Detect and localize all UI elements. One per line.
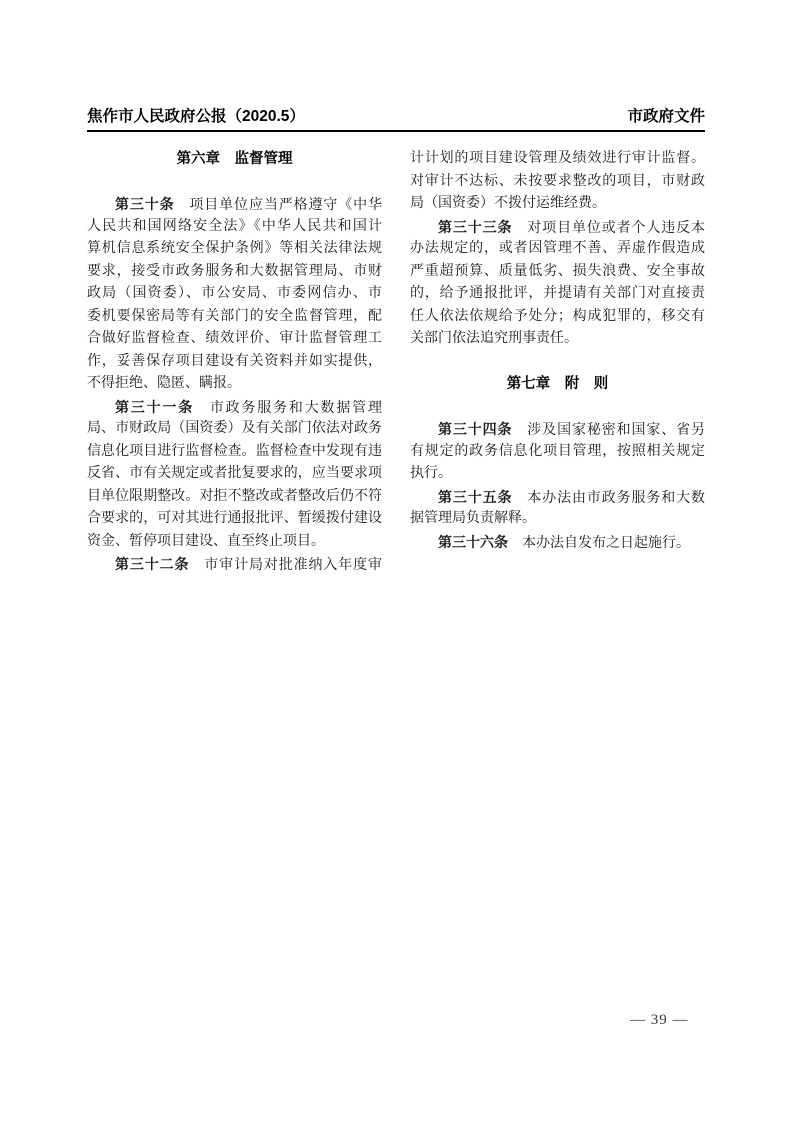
text-line: 要求，接受市政务服务和大数据管理局、市财 <box>87 261 382 284</box>
text-line: 政局（国资委）、市公安局、市委网信办、市 <box>87 283 382 306</box>
paragraph: 第三十二条 市审计局对批准纳入年度审 <box>87 553 382 576</box>
chapter-heading: 第六章 监督管理 <box>87 148 382 171</box>
text-line: 的，给予通报批评，并提请有关部门对直接责 <box>410 283 705 306</box>
text-line: 第三十六条 本办法自发布之日起施行。 <box>410 531 705 554</box>
text-line: 反省、市有关规定或者批复要求的，应当要求项 <box>87 463 382 486</box>
paragraph: 第三十一条 市政务服务和大数据管理局、市财政局（国资委）及有关部门依法对政务信息… <box>87 396 382 554</box>
text-line: 资金、暂停项目建设、直至终止项目。 <box>87 531 382 554</box>
chapter-heading: 第七章 附 则 <box>410 373 705 396</box>
gazette-page: 焦作市人民政府公报（2020.5） 市政府文件 第六章 监督管理第三十条 项目单… <box>0 0 793 1122</box>
article-number: 第三十一条 <box>115 399 194 415</box>
article-number: 第三十条 <box>115 196 175 212</box>
text-line: 任人依法依规给予处分；构成犯罪的，移交有 <box>410 306 705 329</box>
text-line: 第三十三条 对项目单位或者个人违反本 <box>410 216 705 239</box>
text-line: 第三十四条 涉及国家秘密和国家、省另 <box>410 418 705 441</box>
header-rule <box>87 130 705 132</box>
text-line: 不得拒绝、隐匿、瞒报。 <box>87 373 382 396</box>
paragraph: 第三十五条 本办法由市政务服务和大数据管理局负责解释。 <box>410 486 705 531</box>
column-left: 第六章 监督管理第三十条 项目单位应当严格遵守《中华人民共和国网络安全法》《中华… <box>87 148 382 576</box>
text-line: 严重超预算、质量低劣、损失浪费、安全事故 <box>410 261 705 284</box>
text-line: 执行。 <box>410 463 705 486</box>
text-line: 人民共和国网络安全法》《中华人民共和国计 <box>87 216 382 239</box>
text-line: 据管理局负责解释。 <box>410 508 705 531</box>
text-line: 局（国资委）不拨付运维经费。 <box>410 193 705 216</box>
page-number: — 39 — <box>630 1010 689 1030</box>
text-line: 委机要保密局等有关部门的安全监督管理，配 <box>87 306 382 329</box>
column-right: 计计划的项目建设管理及绩效进行审计监督。对审计不达标、未按要求整改的项目，市财政… <box>410 148 705 553</box>
paragraph: 第三十条 项目单位应当严格遵守《中华人民共和国网络安全法》《中华人民共和国计算机… <box>87 193 382 396</box>
text-line: 合要求的，可对其进行通报批评、暂缓拨付建设 <box>87 508 382 531</box>
article-number: 第三十五条 <box>438 489 512 505</box>
text-line: 合做好监督检查、绩效评价、审计监督管理工 <box>87 328 382 351</box>
paragraph: 第三十三条 对项目单位或者个人违反本办法规定的，或者因管理不善、弄虚作假造成严重… <box>410 216 705 351</box>
text-line: 第三十二条 市审计局对批准纳入年度审 <box>87 553 382 576</box>
text-line: 对审计不达标、未按要求整改的项目，市财政 <box>410 171 705 194</box>
running-head: 焦作市人民政府公报（2020.5） 市政府文件 <box>87 107 705 127</box>
text-line: 信息化项目进行监督检查。监督检查中发现有违 <box>87 441 382 464</box>
article-number: 第三十二条 <box>115 556 189 572</box>
article-number: 第三十六条 <box>438 534 508 550</box>
article-number: 第三十四条 <box>438 421 512 437</box>
paragraph: 计计划的项目建设管理及绩效进行审计监督。对审计不达标、未按要求整改的项目，市财政… <box>410 148 705 216</box>
text-line: 有规定的政务信息化项目管理，按照相关规定 <box>410 441 705 464</box>
text-line: 作，妥善保存项目建设有关资料并如实提供， <box>87 351 382 374</box>
text-line: 第三十条 项目单位应当严格遵守《中华 <box>87 193 382 216</box>
text-line: 关部门依法追究刑事责任。 <box>410 328 705 351</box>
section-label: 市政府文件 <box>627 107 705 127</box>
text-line: 第三十五条 本办法由市政务服务和大数 <box>410 486 705 509</box>
text-line: 计计划的项目建设管理及绩效进行审计监督。 <box>410 148 705 171</box>
text-line: 目单位限期整改。对拒不整改或者整改后仍不符 <box>87 486 382 509</box>
text-line: 第三十一条 市政务服务和大数据管理 <box>87 396 382 419</box>
article-number: 第三十三条 <box>438 219 512 235</box>
paragraph: 第三十四条 涉及国家秘密和国家、省另有规定的政务信息化项目管理，按照相关规定执行… <box>410 418 705 486</box>
paragraph: 第三十六条 本办法自发布之日起施行。 <box>410 531 705 554</box>
gazette-title: 焦作市人民政府公报（2020.5） <box>87 107 305 127</box>
text-line: 算机信息系统安全保护条例》等相关法律法规 <box>87 238 382 261</box>
text-line: 办法规定的，或者因管理不善、弄虚作假造成 <box>410 238 705 261</box>
text-line: 局、市财政局（国资委）及有关部门依法对政务 <box>87 418 382 441</box>
